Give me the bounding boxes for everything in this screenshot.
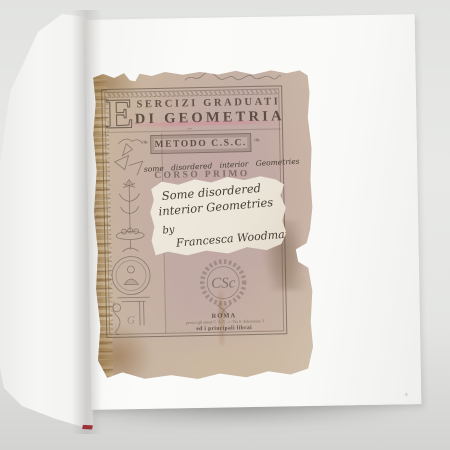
label-byline: by xyxy=(162,224,175,236)
flourish-right-icon: ❧ xyxy=(253,135,261,146)
scroll-letter: G xyxy=(127,314,135,326)
emblem-monogram: CSc xyxy=(211,275,236,292)
label-author-name: Francesca Woodman xyxy=(176,227,293,249)
candelabra-ornament xyxy=(115,179,145,252)
tilde-ornament: ∽ xyxy=(186,124,193,133)
pasted-paper-label: Some disordered interior Geometries by F… xyxy=(148,174,289,258)
title-drop-cap: E xyxy=(105,93,134,136)
scroll-corbel-ornament: G xyxy=(109,299,150,336)
medallion-seated-figure xyxy=(112,256,151,295)
method-box: METODO C.S.C. xyxy=(150,133,251,154)
publisher-imprint: ROMA presso gli autori C. S. C. — Via S.… xyxy=(159,311,289,333)
photograph-open-art-book: ✣ xyxy=(0,0,450,450)
bird-ornament xyxy=(118,139,142,156)
page-ornament-mark: ✣ xyxy=(404,392,408,398)
reproduced-exercise-book-cover: G E SERCIZI GRADUATI DI GEOMETRIA ∽ ❧ ME… xyxy=(90,68,317,383)
set-square-ornament xyxy=(115,155,143,176)
laurel-wreath-emblem: CSc xyxy=(194,253,253,318)
flourish-left-icon: ❧ xyxy=(141,137,149,148)
